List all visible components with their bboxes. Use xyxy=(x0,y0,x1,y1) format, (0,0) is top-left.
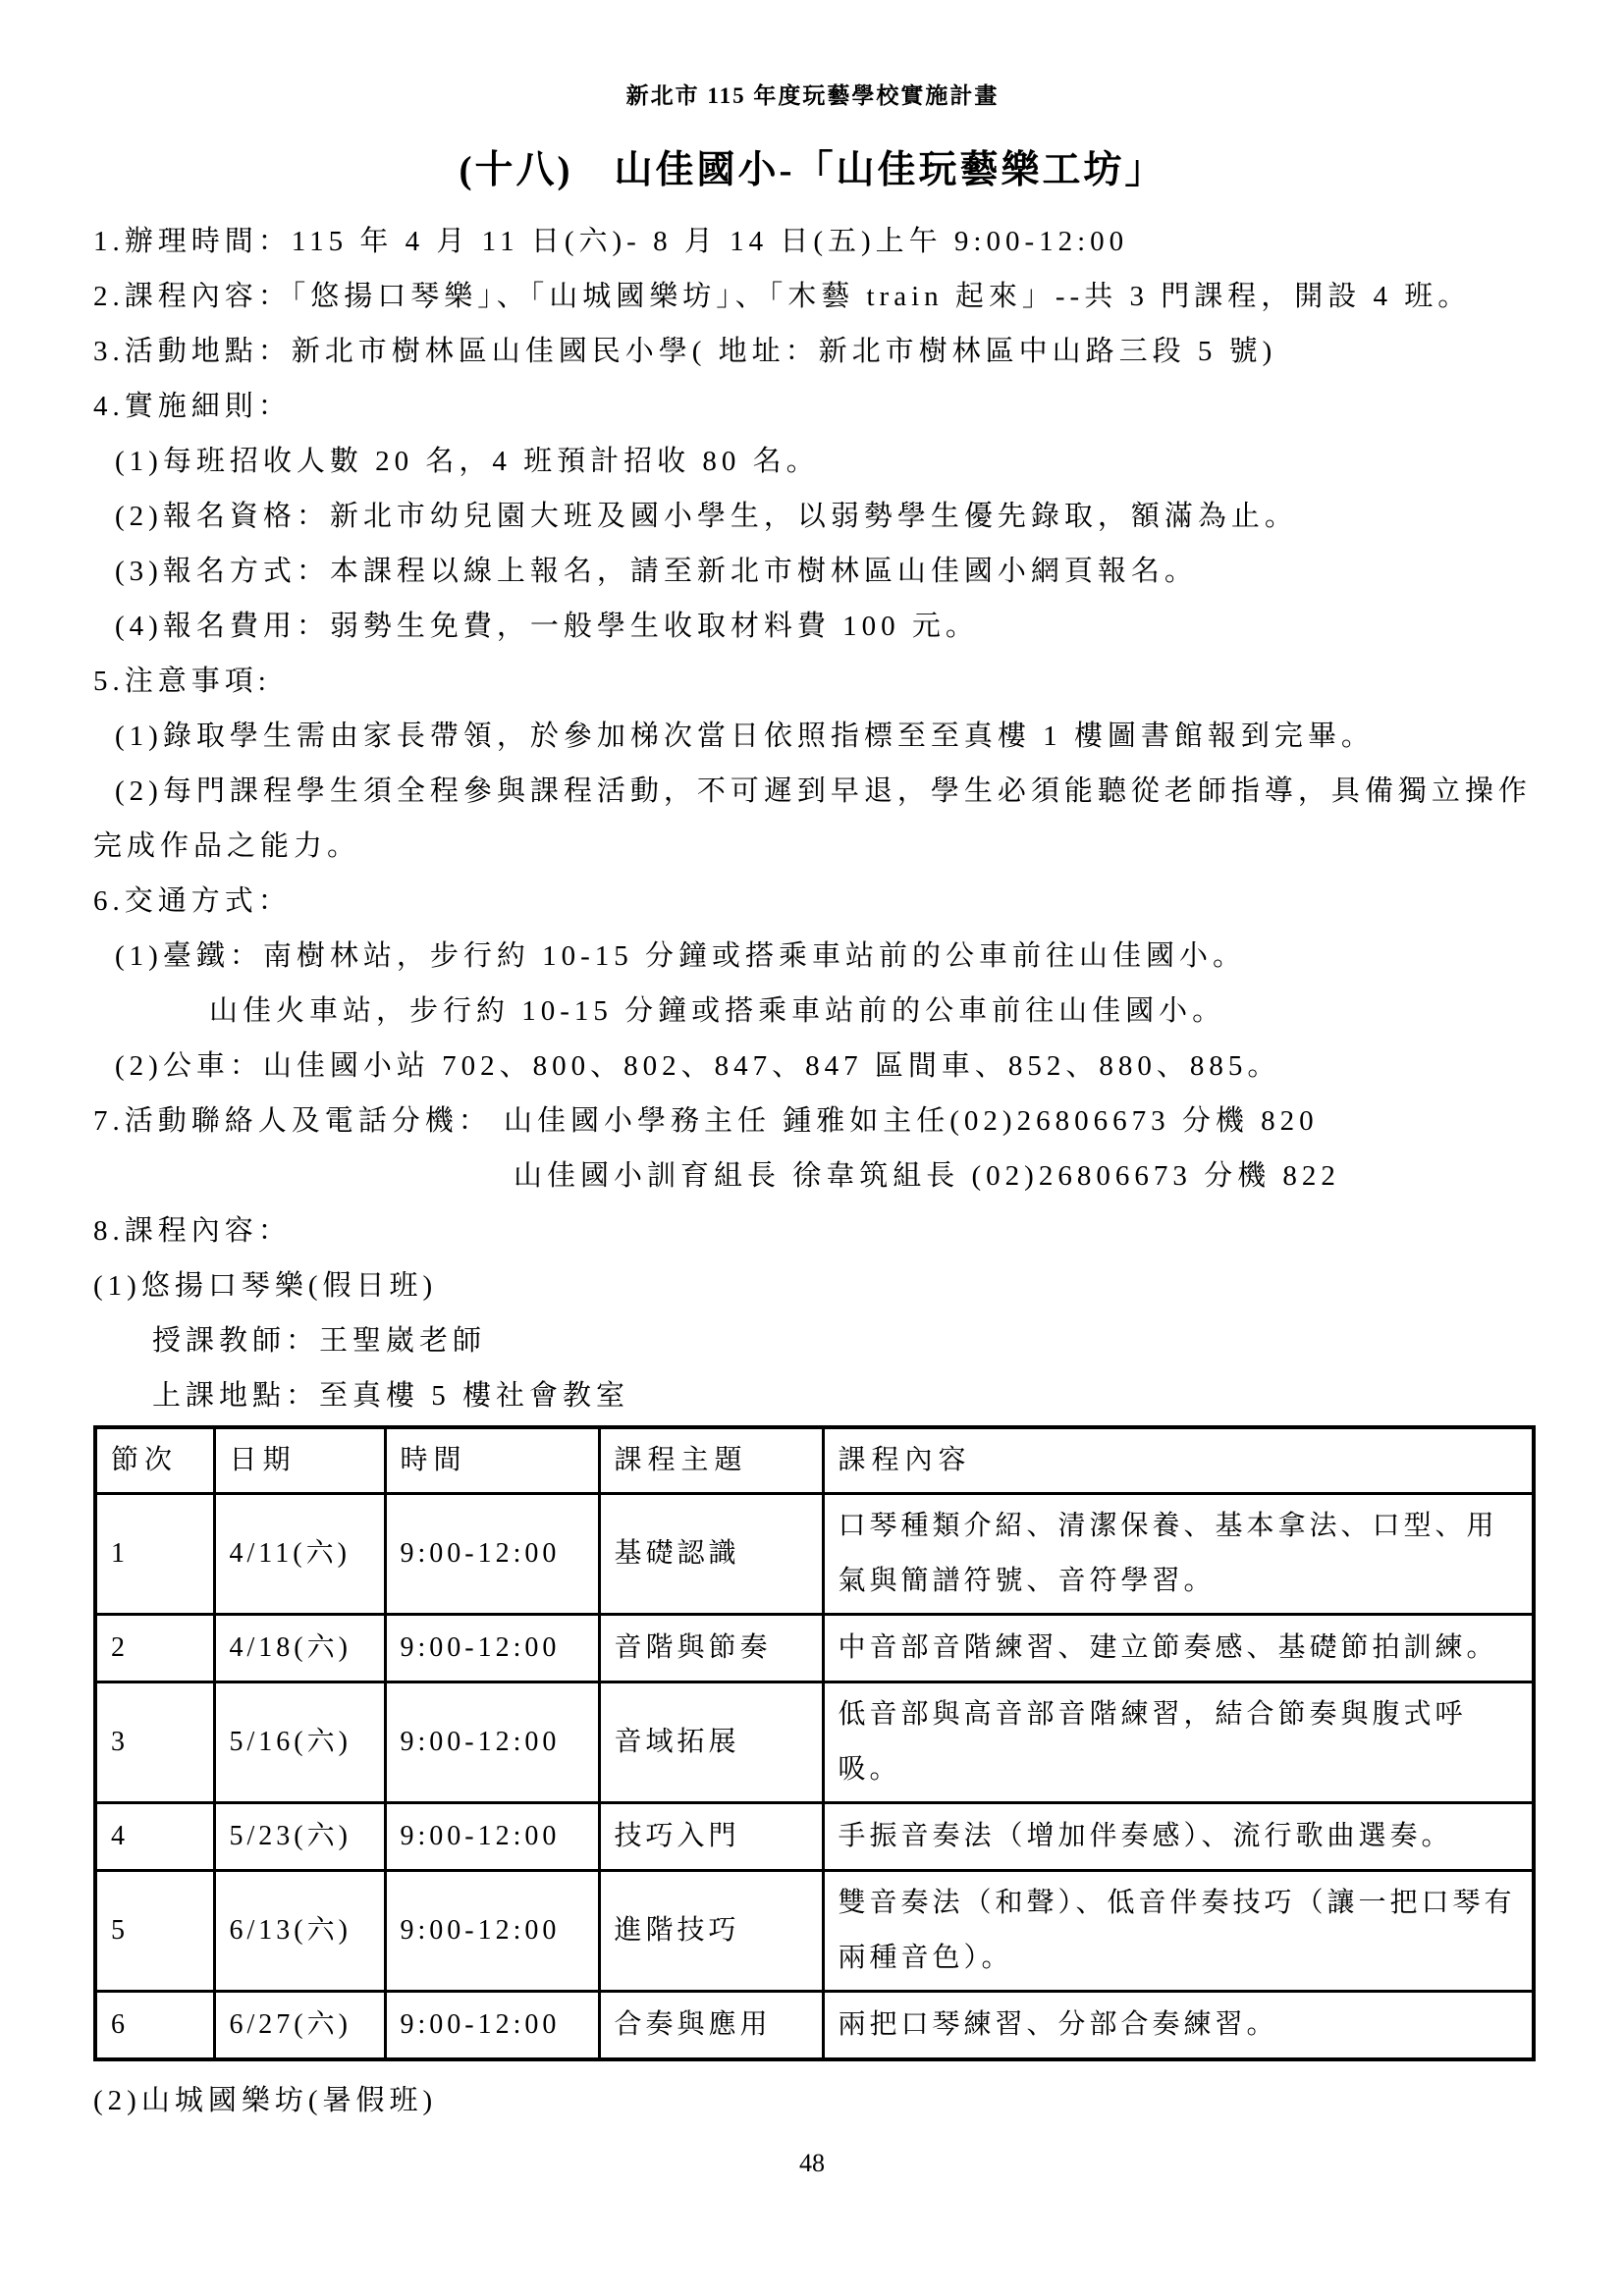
table-cell: 4/18(六) xyxy=(214,1615,385,1682)
body-line: 5.注意事項: xyxy=(93,654,1532,709)
document-header: 新北市 115 年度玩藝學校實施計畫 xyxy=(93,80,1532,112)
table-cell: 3 xyxy=(95,1682,214,1803)
document-page: 新北市 115 年度玩藝學校實施計畫 (十八) 山佳國小-「山佳玩藝樂工坊」 1… xyxy=(0,0,1624,2296)
body-line: 2.課程內容：「悠揚口琴樂」、「山城國樂坊」、「木藝 train 起來」--共 … xyxy=(93,269,1532,324)
column-header: 節次 xyxy=(95,1427,214,1494)
page-number: 48 xyxy=(0,2149,1624,2178)
table-cell: 技巧入門 xyxy=(599,1803,823,1871)
body-line: (2)公車：山佳國小站 702、800、802、847、847 區間車、852、… xyxy=(93,1039,1532,1094)
table-cell: 2 xyxy=(95,1615,214,1682)
table-row: 66/27(六)9:00-12:00合奏與應用兩把口琴練習、分部合奏練習。 xyxy=(95,1992,1534,2060)
table-cell: 5/23(六) xyxy=(214,1803,385,1871)
column-header: 課程內容 xyxy=(823,1427,1534,1494)
body-text: 1.辦理時間：115 年 4 月 11 日(六)- 8 月 14 日(五)上午 … xyxy=(93,214,1532,1423)
table-cell: 4 xyxy=(95,1803,214,1871)
body-line: 完成作品之能力。 xyxy=(93,819,1532,874)
table-cell: 兩把口琴練習、分部合奏練習。 xyxy=(823,1992,1534,2060)
next-section-line: (2)山城國樂坊(暑假班) xyxy=(93,2073,1532,2128)
body-line: 上課地點：至真樓 5 樓社會教室 xyxy=(93,1368,1532,1423)
table-cell: 低音部與高音部音階練習，結合節奏與腹式呼吸。 xyxy=(823,1682,1534,1803)
table-cell: 6/13(六) xyxy=(214,1871,385,1992)
body-line: (2)報名資格：新北市幼兒園大班及國小學生，以弱勢學生優先錄取，額滿為止。 xyxy=(93,489,1532,544)
body-line: (1)每班招收人數 20 名，4 班預計招收 80 名。 xyxy=(93,434,1532,489)
column-header: 時間 xyxy=(385,1427,599,1494)
body-line: (2)每門課程學生須全程參與課程活動，不可遲到早退，學生必須能聽從老師指導，具備… xyxy=(93,764,1532,819)
page-title: (十八) 山佳國小-「山佳玩藝樂工坊」 xyxy=(93,145,1532,196)
body-line: 1.辦理時間：115 年 4 月 11 日(六)- 8 月 14 日(五)上午 … xyxy=(93,214,1532,269)
body-line: 4.實施細則： xyxy=(93,379,1532,434)
body-line: (3)報名方式：本課程以線上報名，請至新北市樹林區山佳國小網頁報名。 xyxy=(93,544,1532,599)
table-cell: 9:00-12:00 xyxy=(385,1871,599,1992)
body-line: (1)臺鐵：南樹林站，步行約 10-15 分鐘或搭乘車站前的公車前往山佳國小。 xyxy=(93,929,1532,984)
table-cell: 手振音奏法（增加伴奏感）、流行歌曲選奏。 xyxy=(823,1803,1534,1871)
body-line: (1)悠揚口琴樂(假日班) xyxy=(93,1258,1532,1313)
table-cell: 9:00-12:00 xyxy=(385,1682,599,1803)
table-cell: 9:00-12:00 xyxy=(385,1803,599,1871)
table-row: 14/11(六)9:00-12:00基礎認識口琴種類介紹、清潔保養、基本拿法、口… xyxy=(95,1494,1534,1615)
body-line: 7.活動聯絡人及電話分機： 山佳國小學務主任 鍾雅如主任(02)26806673… xyxy=(93,1094,1532,1148)
table-cell: 基礎認識 xyxy=(599,1494,823,1615)
body-line: 山佳火車站，步行約 10-15 分鐘或搭乘車站前的公車前往山佳國小。 xyxy=(93,984,1532,1039)
body-line: (1)錄取學生需由家長帶領，於參加梯次當日依照指標至至真樓 1 樓圖書館報到完畢… xyxy=(93,709,1532,764)
table-header-row: 節次日期時間課程主題課程內容 xyxy=(95,1427,1534,1494)
body-line: 授課教師：王聖崴老師 xyxy=(93,1313,1532,1368)
table-cell: 中音部音階練習、建立節奏感、基礎節拍訓練。 xyxy=(823,1615,1534,1682)
body-line: 山佳國小訓育組長 徐韋筑組長 (02)26806673 分機 822 xyxy=(93,1148,1532,1203)
table-cell: 4/11(六) xyxy=(214,1494,385,1615)
table-cell: 6 xyxy=(95,1992,214,2060)
table-cell: 合奏與應用 xyxy=(599,1992,823,2060)
body-line: (4)報名費用：弱勢生免費，一般學生收取材料費 100 元。 xyxy=(93,599,1532,654)
table-cell: 9:00-12:00 xyxy=(385,1992,599,2060)
table-row: 35/16(六)9:00-12:00音域拓展低音部與高音部音階練習，結合節奏與腹… xyxy=(95,1682,1534,1803)
table-cell: 音階與節奏 xyxy=(599,1615,823,1682)
course-schedule-table: 節次日期時間課程主題課程內容 14/11(六)9:00-12:00基礎認識口琴種… xyxy=(93,1425,1536,2061)
table-row: 45/23(六)9:00-12:00技巧入門手振音奏法（增加伴奏感）、流行歌曲選… xyxy=(95,1803,1534,1871)
table-cell: 進階技巧 xyxy=(599,1871,823,1992)
table-cell: 9:00-12:00 xyxy=(385,1615,599,1682)
table-cell: 6/27(六) xyxy=(214,1992,385,2060)
column-header: 日期 xyxy=(214,1427,385,1494)
table-row: 24/18(六)9:00-12:00音階與節奏中音部音階練習、建立節奏感、基礎節… xyxy=(95,1615,1534,1682)
table-cell: 雙音奏法（和聲）、低音伴奏技巧（讓一把口琴有兩種音色）。 xyxy=(823,1871,1534,1992)
table-cell: 5 xyxy=(95,1871,214,1992)
table-cell: 9:00-12:00 xyxy=(385,1494,599,1615)
body-line: 6.交通方式： xyxy=(93,874,1532,929)
table-row: 56/13(六)9:00-12:00進階技巧雙音奏法（和聲）、低音伴奏技巧（讓一… xyxy=(95,1871,1534,1992)
table-cell: 5/16(六) xyxy=(214,1682,385,1803)
table-cell: 口琴種類介紹、清潔保養、基本拿法、口型、用氣與簡譜符號、音符學習。 xyxy=(823,1494,1534,1615)
table-cell: 音域拓展 xyxy=(599,1682,823,1803)
body-line: 8.課程內容： xyxy=(93,1203,1532,1258)
body-line: 3.活動地點：新北市樹林區山佳國民小學( 地址：新北市樹林區中山路三段 5 號) xyxy=(93,324,1532,379)
column-header: 課程主題 xyxy=(599,1427,823,1494)
table-cell: 1 xyxy=(95,1494,214,1615)
